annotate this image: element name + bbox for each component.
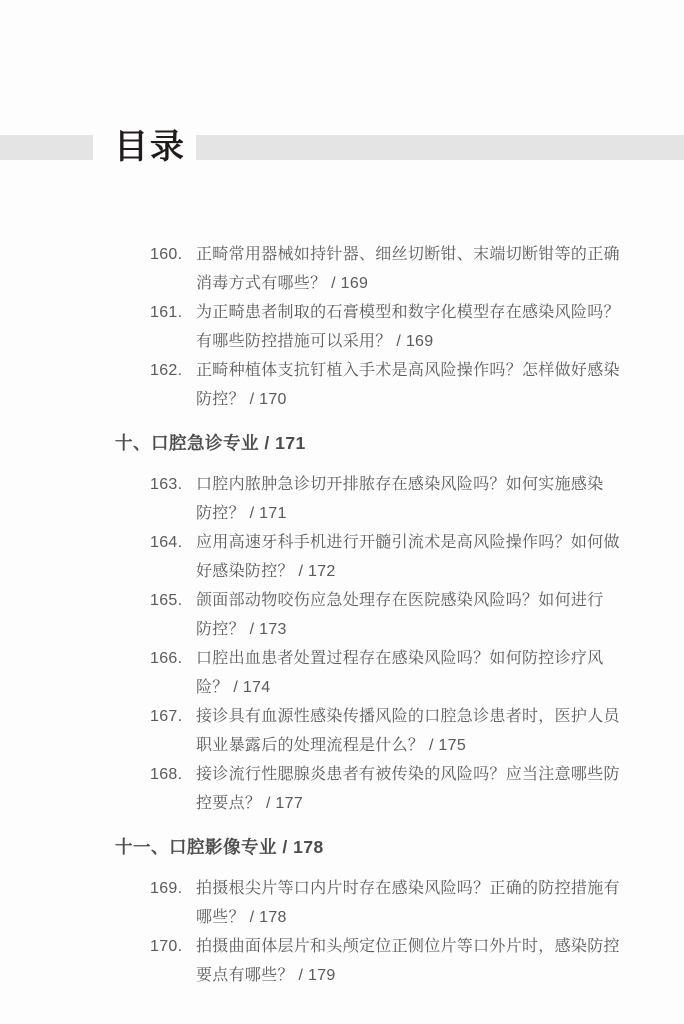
entry-text: 拍摄根尖片等口内片时存在感染风险吗？正确的防控措施有 哪些？ / 178 xyxy=(196,874,620,932)
toc-list: 160. 正畸常用器械如持针器、细丝切断钳、末端切断钳等的正确 消毒方式有哪些？… xyxy=(0,240,684,990)
entry-text: 接诊具有血源性感染传播风险的口腔急诊患者时，医护人员 职业暴露后的处理流程是什么… xyxy=(196,702,620,760)
entry-number: 169. xyxy=(150,874,196,903)
section-heading: 十、口腔急诊专业 / 171 xyxy=(0,429,684,458)
toc-entry: 168. 接诊流行性腮腺炎患者有被传染的风险吗？应当注意哪些防 控要点？ / 1… xyxy=(150,760,668,818)
toc-group: 160. 正畸常用器械如持针器、细丝切断钳、末端切断钳等的正确 消毒方式有哪些？… xyxy=(0,240,684,414)
toc-group: 十一、口腔影像专业 / 178 169. 拍摄根尖片等口内片时存在感染风险吗？正… xyxy=(0,833,684,990)
toc-group: 十、口腔急诊专业 / 171 163. 口腔内脓肿急诊切开排脓存在感染风险吗？如… xyxy=(0,429,684,818)
toc-entry: 166. 口腔出血患者处置过程存在感染风险吗？如何防控诊疗风 险？ / 174 xyxy=(150,644,668,702)
entry-text: 口腔内脓肿急诊切开排脓存在感染风险吗？如何实施感染 防控？ / 171 xyxy=(196,470,604,528)
toc-entry: 165. 颌面部动物咬伤应急处理存在医院感染风险吗？如何进行 防控？ / 173 xyxy=(150,586,668,644)
entry-text: 应用高速牙科手机进行开髓引流术是高风险操作吗？如何做 好感染防控？ / 172 xyxy=(196,528,620,586)
entry-number: 164. xyxy=(150,528,196,557)
entry-number: 168. xyxy=(150,760,196,789)
toc-entry: 162. 正畸种植体支抗钉植入手术是高风险操作吗？怎样做好感染 防控？ / 17… xyxy=(150,356,668,414)
toc-entry: 163. 口腔内脓肿急诊切开排脓存在感染风险吗？如何实施感染 防控？ / 171 xyxy=(150,470,668,528)
entry-text: 正畸种植体支抗钉植入手术是高风险操作吗？怎样做好感染 防控？ / 170 xyxy=(196,356,620,414)
entry-number: 163. xyxy=(150,470,196,499)
entry-number: 160. xyxy=(150,240,196,269)
header-rule-right xyxy=(196,135,684,160)
entry-text: 接诊流行性腮腺炎患者有被传染的风险吗？应当注意哪些防 控要点？ / 177 xyxy=(196,760,620,818)
toc-entry: 170. 拍摄曲面体层片和头颅定位正侧位片等口外片时，感染防控 要点有哪些？ /… xyxy=(150,932,668,990)
toc-entry: 164. 应用高速牙科手机进行开髓引流术是高风险操作吗？如何做 好感染防控？ /… xyxy=(150,528,668,586)
header-rule-left xyxy=(0,135,93,160)
toc-entry: 161. 为正畸患者制取的石膏模型和数字化模型存在感染风险吗？ 有哪些防控措施可… xyxy=(150,298,668,356)
entry-list: 163. 口腔内脓肿急诊切开排脓存在感染风险吗？如何实施感染 防控？ / 171… xyxy=(0,470,684,818)
entry-number: 167. xyxy=(150,702,196,731)
entry-text: 口腔出血患者处置过程存在感染风险吗？如何防控诊疗风 险？ / 174 xyxy=(196,644,604,702)
toc-entry: 160. 正畸常用器械如持针器、细丝切断钳、末端切断钳等的正确 消毒方式有哪些？… xyxy=(150,240,668,298)
entry-text: 拍摄曲面体层片和头颅定位正侧位片等口外片时，感染防控 要点有哪些？ / 179 xyxy=(196,932,620,990)
section-heading: 十一、口腔影像专业 / 178 xyxy=(0,833,684,862)
entry-number: 166. xyxy=(150,644,196,673)
page-title: 目录 xyxy=(114,130,186,164)
entry-number: 162. xyxy=(150,356,196,385)
entry-text: 为正畸患者制取的石膏模型和数字化模型存在感染风险吗？ 有哪些防控措施可以采用？ … xyxy=(196,298,620,356)
entry-list: 160. 正畸常用器械如持针器、细丝切断钳、末端切断钳等的正确 消毒方式有哪些？… xyxy=(0,240,684,414)
toc-entry: 169. 拍摄根尖片等口内片时存在感染风险吗？正确的防控措施有 哪些？ / 17… xyxy=(150,874,668,932)
entry-number: 161. xyxy=(150,298,196,327)
toc-entry: 167. 接诊具有血源性感染传播风险的口腔急诊患者时，医护人员 职业暴露后的处理… xyxy=(150,702,668,760)
entry-number: 170. xyxy=(150,932,196,961)
entry-number: 165. xyxy=(150,586,196,615)
entry-list: 169. 拍摄根尖片等口内片时存在感染风险吗？正确的防控措施有 哪些？ / 17… xyxy=(0,874,684,990)
page-header: 目录 xyxy=(0,131,684,163)
entry-text: 颌面部动物咬伤应急处理存在医院感染风险吗？如何进行 防控？ / 173 xyxy=(196,586,604,644)
toc-page: 目录 160. 正畸常用器械如持针器、细丝切断钳、末端切断钳等的正确 消毒方式有… xyxy=(0,0,684,1024)
entry-text: 正畸常用器械如持针器、细丝切断钳、末端切断钳等的正确 消毒方式有哪些？ / 16… xyxy=(196,240,620,298)
